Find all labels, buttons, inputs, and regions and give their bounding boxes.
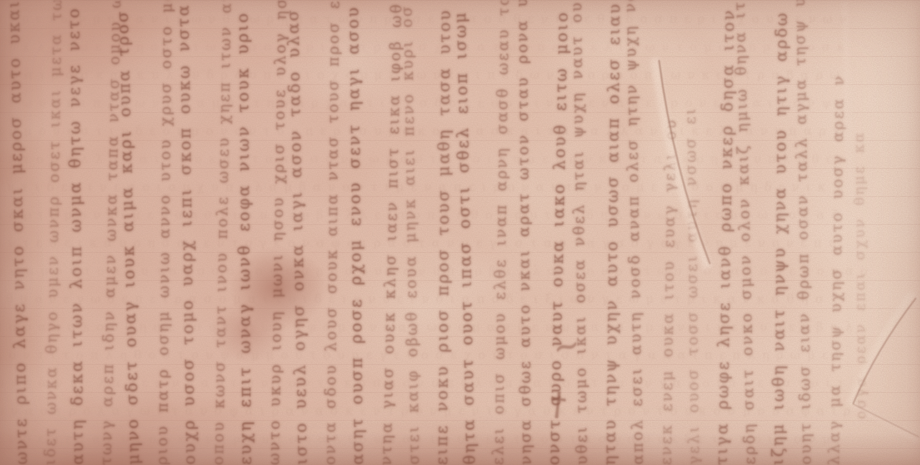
marginal-marks-layer: †~: [0, 0, 920, 465]
palimpsest-photo: περιτωνμηχανικωνθεωρηματωνπροσερατοσθενη…: [0, 0, 920, 465]
marginal-mark: †: [548, 387, 567, 420]
marginal-mark: ~: [550, 327, 584, 365]
